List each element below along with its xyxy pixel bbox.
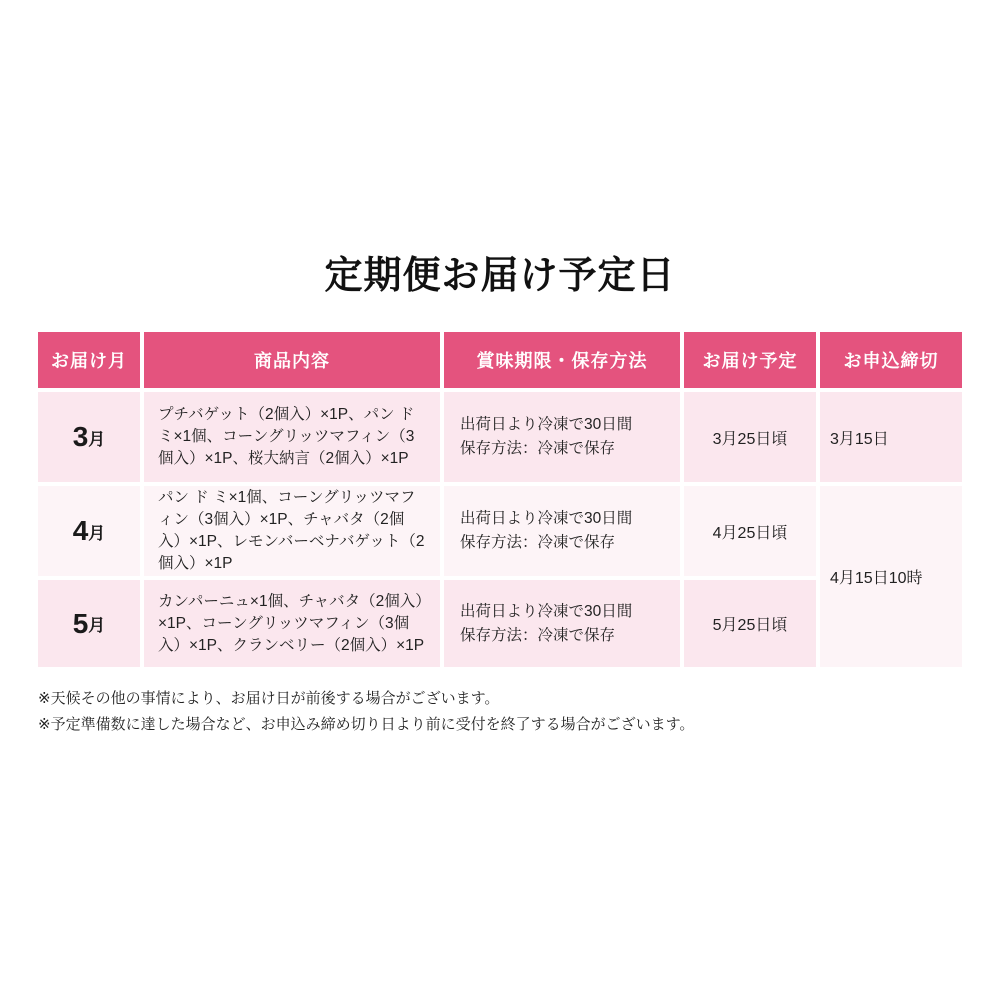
month-number: 4 — [73, 515, 89, 547]
month-number: 5 — [73, 608, 89, 640]
footnote-early-close: ※予定準備数に達した場合など、お申込み締め切り日より前に受付を終了する場合がござ… — [38, 712, 694, 738]
products-text: カンパーニュ×1個、チャバタ（2個入）×1P、コーングリッツマフィン（3個入）×… — [158, 591, 426, 657]
delivery-schedule-table: お届け月 商品内容 賞味期限・保存方法 お届け予定 お申込締切 3月 プチバゲッ… — [38, 332, 962, 667]
deadline-merged-cell-april-may: 4月15日10時 — [820, 486, 962, 667]
products-text: パン ド ミ×1個、コーングリッツマフィン（3個入）×1P、チャバタ（2個入）×… — [158, 487, 426, 575]
expiry-line-1: 出荷日より冷凍で30日間 — [460, 600, 632, 624]
expiry-line-2: 保存方法：冷凍で保存 — [460, 531, 632, 555]
products-text: プチバゲット（2個入）×1P、パン ド ミ×1個、コーングリッツマフィン（3個入… — [158, 404, 426, 470]
delivery-date-cell-may: 5月25日頃 — [684, 580, 816, 667]
expiry-cell-march: 出荷日より冷凍で30日間 保存方法：冷凍で保存 — [444, 392, 680, 482]
expiry-line-2: 保存方法：冷凍で保存 — [460, 624, 632, 648]
deadline-cell-march: 3月15日 — [820, 392, 962, 482]
month-unit: 月 — [88, 425, 105, 450]
month-unit: 月 — [88, 519, 105, 544]
month-cell-april: 4月 — [38, 486, 140, 576]
column-header-delivery-month: お届け月 — [38, 332, 140, 388]
expiry-cell-april: 出荷日より冷凍で30日間 保存方法：冷凍で保存 — [444, 486, 680, 576]
column-header-expiry-storage: 賞味期限・保存方法 — [444, 332, 680, 388]
footnotes: ※天候その他の事情により、お届け日が前後する場合がございます。 ※予定準備数に達… — [38, 686, 694, 738]
products-cell-may: カンパーニュ×1個、チャバタ（2個入）×1P、コーングリッツマフィン（3個入）×… — [144, 580, 440, 667]
expiry-line-1: 出荷日より冷凍で30日間 — [460, 413, 632, 437]
products-cell-march: プチバゲット（2個入）×1P、パン ド ミ×1個、コーングリッツマフィン（3個入… — [144, 392, 440, 482]
column-header-delivery-date: お届け予定 — [684, 332, 816, 388]
expiry-line-1: 出荷日より冷凍で30日間 — [460, 507, 632, 531]
delivery-date-cell-april: 4月25日頃 — [684, 486, 816, 576]
expiry-line-2: 保存方法：冷凍で保存 — [460, 437, 632, 461]
month-unit: 月 — [88, 611, 105, 636]
column-header-order-deadline: お申込締切 — [820, 332, 962, 388]
page-title: 定期便お届け予定日 — [0, 244, 1000, 299]
month-cell-march: 3月 — [38, 392, 140, 482]
page: 定期便お届け予定日 お届け月 商品内容 賞味期限・保存方法 お届け予定 お申込締… — [0, 0, 1000, 1000]
products-cell-april: パン ド ミ×1個、コーングリッツマフィン（3個入）×1P、チャバタ（2個入）×… — [144, 486, 440, 576]
column-header-product-contents: 商品内容 — [144, 332, 440, 388]
delivery-date-cell-march: 3月25日頃 — [684, 392, 816, 482]
month-number: 3 — [73, 421, 89, 453]
expiry-cell-may: 出荷日より冷凍で30日間 保存方法：冷凍で保存 — [444, 580, 680, 667]
footnote-weather: ※天候その他の事情により、お届け日が前後する場合がございます。 — [38, 686, 694, 712]
month-cell-may: 5月 — [38, 580, 140, 667]
